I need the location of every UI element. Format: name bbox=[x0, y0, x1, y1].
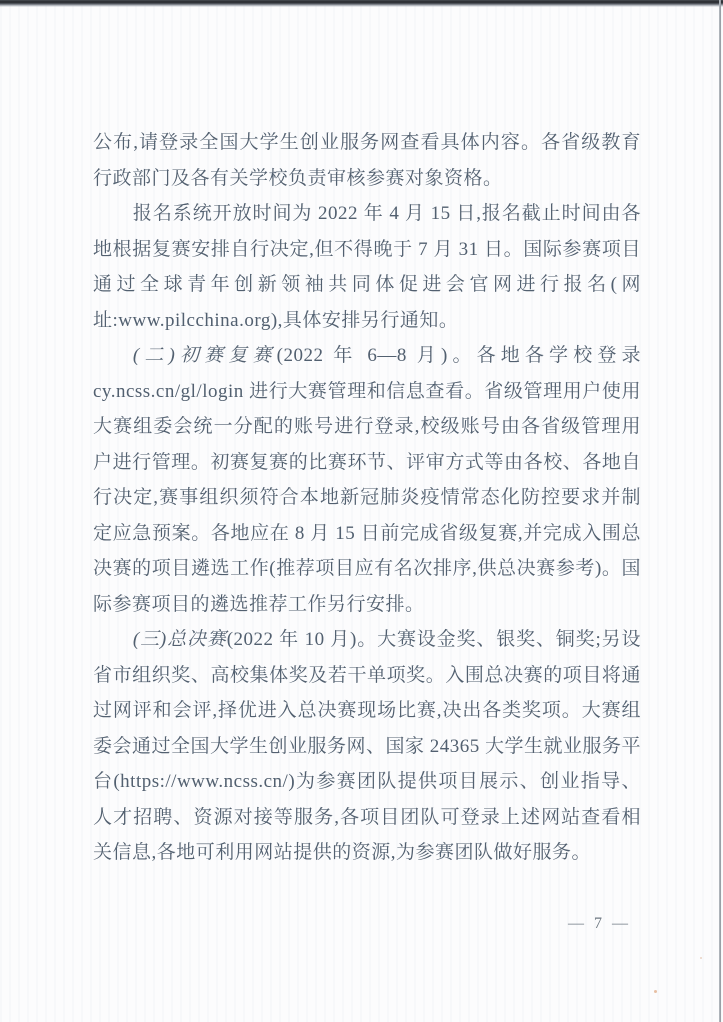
document-body: 公布,请登录全国大学生创业服务网查看具体内容。各省级教育行政部门及各有关学校负责… bbox=[93, 0, 641, 871]
scan-right-edge bbox=[719, 0, 721, 1022]
paragraph-continuation-text: 公布,请登录全国大学生创业服务网查看具体内容。各省级教育行政部门及各有关学校负责… bbox=[93, 132, 641, 189]
paragraph-registration: 报名系统开放时间为 2022 年 4 月 15 日,报名截止时间由各地根据复赛安… bbox=[93, 196, 641, 338]
section-heading-preliminary-semifinal: (二)初赛复赛 bbox=[133, 345, 277, 366]
paragraph-preliminary-semifinal: (二)初赛复赛(2022 年 6—8 月)。各地各学校登录 cy.ncss.cn… bbox=[93, 338, 641, 622]
paragraph-final: (三)总决赛(2022 年 10 月)。大赛设金奖、银奖、铜奖;另设省市组织奖、… bbox=[93, 622, 641, 871]
scan-speck bbox=[654, 990, 657, 993]
page-footer: — 7 — bbox=[568, 911, 631, 937]
paragraph-preliminary-semifinal-text: (2022 年 6—8 月)。各地各学校登录 cy.ncss.cn/gl/log… bbox=[93, 345, 641, 615]
paragraph-continuation: 公布,请登录全国大学生创业服务网查看具体内容。各省级教育行政部门及各有关学校负责… bbox=[93, 125, 641, 196]
section-heading-final: (三)总决赛 bbox=[133, 629, 227, 650]
scan-speck bbox=[700, 957, 702, 959]
paragraph-final-text: (2022 年 10 月)。大赛设金奖、银奖、铜奖;另设省市组织奖、高校集体奖及… bbox=[93, 629, 641, 863]
scanned-document-page: 公布,请登录全国大学生创业服务网查看具体内容。各省级教育行政部门及各有关学校负责… bbox=[0, 0, 723, 1022]
paragraph-registration-text: 报名系统开放时间为 2022 年 4 月 15 日,报名截止时间由各地根据复赛安… bbox=[93, 203, 641, 331]
page-number: — 7 — bbox=[568, 915, 631, 932]
